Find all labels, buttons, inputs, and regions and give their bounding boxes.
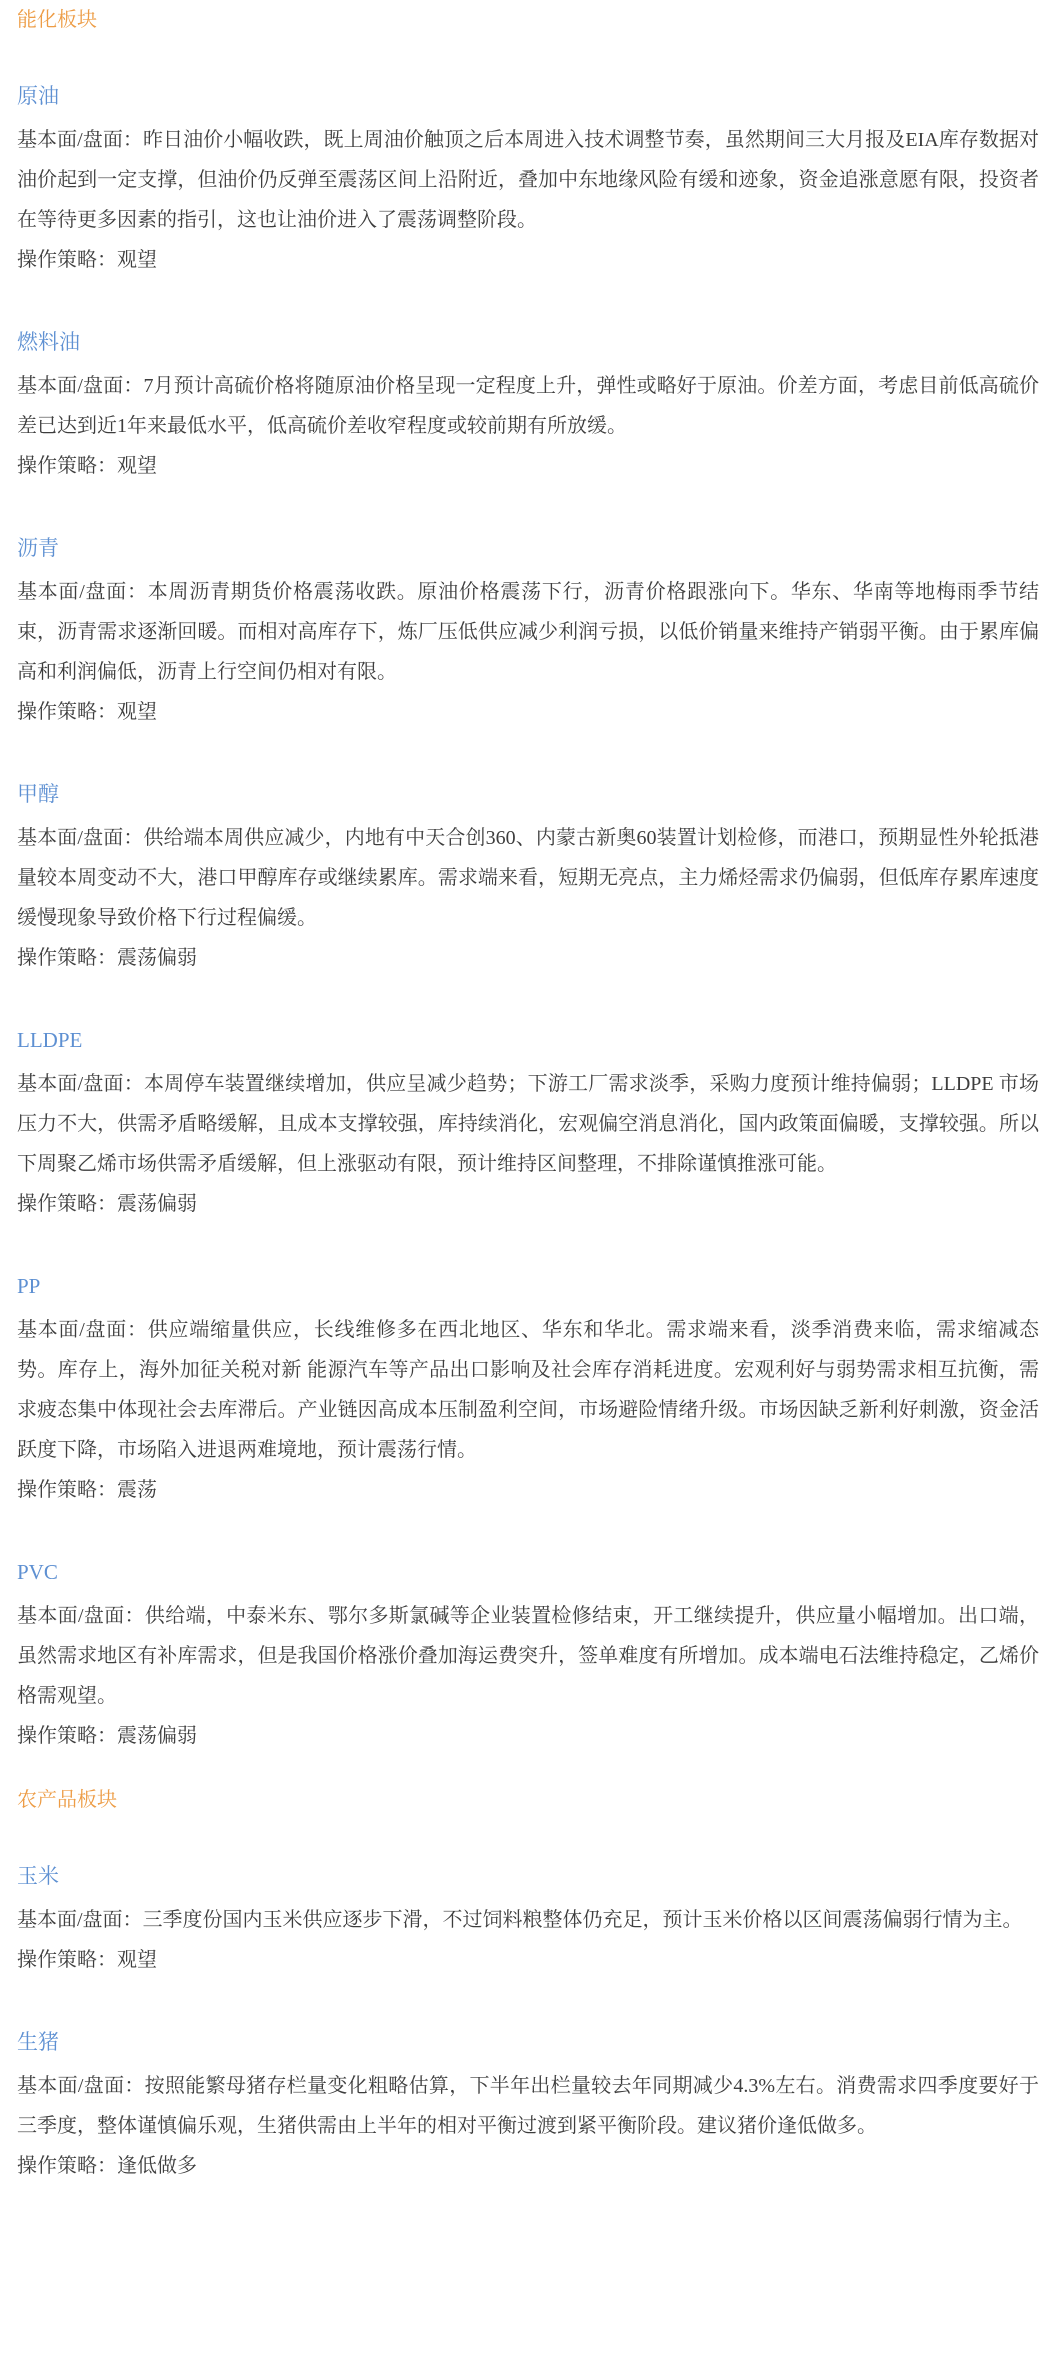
commodity-section-asphalt: 沥青 基本面/盘面：本周沥青期货价格震荡收跌。原油价格震荡下行，沥青价格跟涨向下… <box>17 532 1039 732</box>
sector-heading-agricultural: 农产品板块 <box>17 1786 1039 1814</box>
fundamental-text: 7月预计高硫价格将随原油价格呈现一定程度上升，弹性或略好于原油。价差方面，考虑目… <box>17 375 1039 437</box>
strategy-paragraph: 操作策略：震荡 <box>17 1470 1039 1510</box>
fundamental-text: 供给端本周供应减少，内地有中天合创360、内蒙古新奥60装置计划检修，而港口，预… <box>17 827 1039 929</box>
strategy-label: 操作策略： <box>17 455 117 477</box>
strategy-label: 操作策略： <box>17 1725 117 1747</box>
fundamental-label: 基本面/盘面： <box>17 375 143 397</box>
commodity-title: 生猪 <box>17 2026 1039 2058</box>
fundamental-paragraph: 基本面/盘面：供给端本周供应减少，内地有中天合创360、内蒙古新奥60装置计划检… <box>17 818 1039 938</box>
strategy-label: 操作策略： <box>17 1193 117 1215</box>
strategy-text: 观望 <box>117 455 157 477</box>
fundamental-paragraph: 基本面/盘面：昨日油价小幅收跌，既上周油价触顶之后本周进入技术调整节奏，虽然期间… <box>17 120 1039 240</box>
fundamental-paragraph: 基本面/盘面：本周沥青期货价格震荡收跌。原油价格震荡下行，沥青价格跟涨向下。华东… <box>17 572 1039 692</box>
fundamental-paragraph: 基本面/盘面：按照能繁母猪存栏量变化粗略估算，下半年出栏量较去年同期减少4.3%… <box>17 2066 1039 2146</box>
strategy-label: 操作策略： <box>17 1949 117 1971</box>
fundamental-label: 基本面/盘面： <box>17 129 143 151</box>
commodity-section-crude-oil: 原油 基本面/盘面：昨日油价小幅收跌，既上周油价触顶之后本周进入技术调整节奏，虽… <box>17 80 1039 280</box>
commodity-section-fuel-oil: 燃料油 基本面/盘面：7月预计高硫价格将随原油价格呈现一定程度上升，弹性或略好于… <box>17 326 1039 486</box>
fundamental-text: 供应端缩量供应，长线维修多在西北地区、华东和华北。需求端来看，淡季消费来临，需求… <box>17 1319 1039 1461</box>
strategy-paragraph: 操作策略：震荡偏弱 <box>17 938 1039 978</box>
fundamental-label: 基本面/盘面： <box>17 1909 143 1931</box>
fundamental-paragraph: 基本面/盘面：本周停车装置继续增加，供应呈减少趋势；下游工厂需求淡季，采购力度预… <box>17 1064 1039 1184</box>
strategy-text: 震荡偏弱 <box>117 1193 197 1215</box>
commodity-title: LLDPE <box>17 1024 1039 1056</box>
commodity-section-methanol: 甲醇 基本面/盘面：供给端本周供应减少，内地有中天合创360、内蒙古新奥60装置… <box>17 778 1039 978</box>
fundamental-label: 基本面/盘面： <box>17 581 148 603</box>
report-document: 能化板块 原油 基本面/盘面：昨日油价小幅收跌，既上周油价触顶之后本周进入技术调… <box>0 0 1063 2216</box>
strategy-label: 操作策略： <box>17 947 117 969</box>
fundamental-label: 基本面/盘面： <box>17 1073 144 1095</box>
strategy-label: 操作策略： <box>17 249 117 271</box>
commodity-section-pvc: PVC 基本面/盘面：供给端，中泰米东、鄂尔多斯氯碱等企业装置检修结束，开工继续… <box>17 1556 1039 1756</box>
fundamental-text: 按照能繁母猪存栏量变化粗略估算，下半年出栏量较去年同期减少4.3%左右。消费需求… <box>17 2075 1039 2137</box>
strategy-paragraph: 操作策略：震荡偏弱 <box>17 1716 1039 1756</box>
strategy-text: 逢低做多 <box>117 2155 197 2177</box>
strategy-text: 观望 <box>117 701 157 723</box>
commodity-section-live-hogs: 生猪 基本面/盘面：按照能繁母猪存栏量变化粗略估算，下半年出栏量较去年同期减少4… <box>17 2026 1039 2186</box>
strategy-text: 震荡偏弱 <box>117 1725 197 1747</box>
fundamental-label: 基本面/盘面： <box>17 2075 145 2097</box>
commodity-section-corn: 玉米 基本面/盘面：三季度份国内玉米供应逐步下滑，不过饲料粮整体仍充足，预计玉米… <box>17 1860 1039 1980</box>
fundamental-paragraph: 基本面/盘面：供给端，中泰米东、鄂尔多斯氯碱等企业装置检修结束，开工继续提升，供… <box>17 1596 1039 1716</box>
strategy-paragraph: 操作策略：逢低做多 <box>17 2146 1039 2186</box>
strategy-label: 操作策略： <box>17 2155 117 2177</box>
fundamental-text: 昨日油价小幅收跌，既上周油价触顶之后本周进入技术调整节奏，虽然期间三大月报及EI… <box>17 129 1039 231</box>
strategy-text: 震荡 <box>117 1479 157 1501</box>
strategy-paragraph: 操作策略：观望 <box>17 1940 1039 1980</box>
fundamental-paragraph: 基本面/盘面：7月预计高硫价格将随原油价格呈现一定程度上升，弹性或略好于原油。价… <box>17 366 1039 446</box>
commodity-title: 燃料油 <box>17 326 1039 358</box>
commodity-title: 玉米 <box>17 1860 1039 1892</box>
strategy-paragraph: 操作策略：观望 <box>17 692 1039 732</box>
fundamental-text: 三季度份国内玉米供应逐步下滑，不过饲料粮整体仍充足，预计玉米价格以区间震荡偏弱行… <box>143 1909 1023 1931</box>
sector-heading-energy-chemical: 能化板块 <box>17 6 1039 34</box>
commodity-title: PP <box>17 1270 1039 1302</box>
fundamental-text: 本周停车装置继续增加，供应呈减少趋势；下游工厂需求淡季，采购力度预计维持偏弱；L… <box>17 1073 1039 1175</box>
strategy-text: 观望 <box>117 1949 157 1971</box>
commodity-section-pp: PP 基本面/盘面：供应端缩量供应，长线维修多在西北地区、华东和华北。需求端来看… <box>17 1270 1039 1510</box>
strategy-paragraph: 操作策略：观望 <box>17 240 1039 280</box>
commodity-title: PVC <box>17 1556 1039 1588</box>
strategy-paragraph: 操作策略：震荡偏弱 <box>17 1184 1039 1224</box>
fundamental-text: 供给端，中泰米东、鄂尔多斯氯碱等企业装置检修结束，开工继续提升，供应量小幅增加。… <box>17 1605 1039 1707</box>
commodity-title: 甲醇 <box>17 778 1039 810</box>
fundamental-label: 基本面/盘面： <box>17 827 143 849</box>
strategy-paragraph: 操作策略：观望 <box>17 446 1039 486</box>
strategy-label: 操作策略： <box>17 1479 117 1501</box>
commodity-section-lldpe: LLDPE 基本面/盘面：本周停车装置继续增加，供应呈减少趋势；下游工厂需求淡季… <box>17 1024 1039 1224</box>
fundamental-label: 基本面/盘面： <box>17 1605 145 1627</box>
fundamental-paragraph: 基本面/盘面：三季度份国内玉米供应逐步下滑，不过饲料粮整体仍充足，预计玉米价格以… <box>17 1900 1039 1940</box>
fundamental-text: 本周沥青期货价格震荡收跌。原油价格震荡下行，沥青价格跟涨向下。华东、华南等地梅雨… <box>17 581 1039 683</box>
strategy-text: 震荡偏弱 <box>117 947 197 969</box>
fundamental-label: 基本面/盘面： <box>17 1319 148 1341</box>
commodity-title: 沥青 <box>17 532 1039 564</box>
strategy-label: 操作策略： <box>17 701 117 723</box>
strategy-text: 观望 <box>117 249 157 271</box>
fundamental-paragraph: 基本面/盘面：供应端缩量供应，长线维修多在西北地区、华东和华北。需求端来看，淡季… <box>17 1310 1039 1470</box>
commodity-title: 原油 <box>17 80 1039 112</box>
